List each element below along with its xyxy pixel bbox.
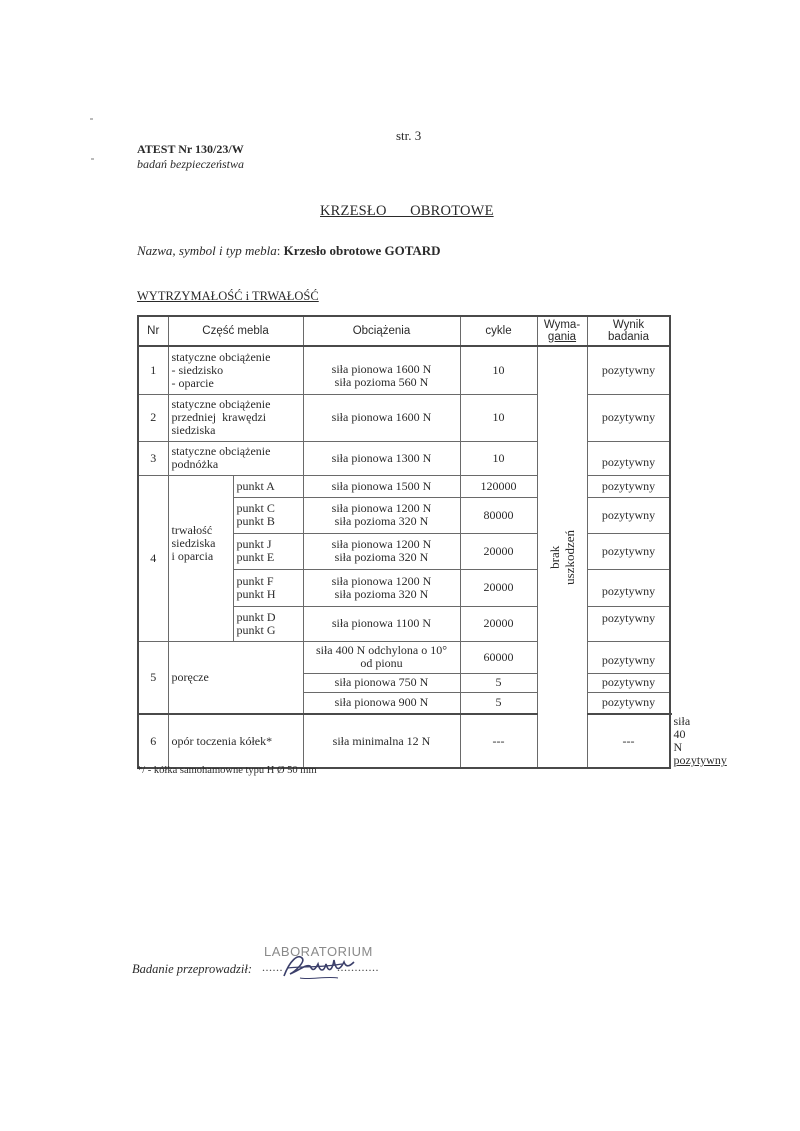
- cell-result: pozytywny: [587, 692, 670, 714]
- cell-point: punkt Dpunkt G: [233, 606, 303, 641]
- cell-part: statyczne obciążenie- siedzisko- oparcie: [168, 346, 303, 394]
- cell-nr: 1: [138, 346, 168, 394]
- table-row: 4 trwałośćsiedziskai oparcia punkt A sił…: [138, 475, 670, 497]
- cell-requirement: ---: [587, 714, 670, 768]
- cell-nr: 4: [138, 475, 168, 641]
- cell-cycles: 10: [460, 441, 537, 475]
- cell-cycles: 60000: [460, 641, 537, 673]
- certificate-number: ATEST Nr 130/23/W: [137, 142, 244, 157]
- table-header-row: Nr Część mebla Obciążenia cykle Wyma-gan…: [138, 316, 670, 346]
- cell-load: siła pionowa 1300 N: [303, 441, 460, 475]
- cell-load: siła pionowa 1600 Nsiła pozioma 560 N: [303, 346, 460, 394]
- cell-load: siła minimalna 12 N: [303, 714, 460, 768]
- cell-load: siła 400 N odchylona o 10°od pionu: [303, 641, 460, 673]
- furniture-name-label: Nazwa, symbol i typ mebla: [137, 243, 277, 258]
- cell-load: siła pionowa 1200 Nsiła pozioma 320 N: [303, 569, 460, 606]
- cell-requirement-merged: brakuszkodzeń: [537, 346, 587, 768]
- table-row: 1 statyczne obciążenie- siedzisko- oparc…: [138, 346, 670, 394]
- table-row: 5 poręcze siła 400 N odchylona o 10°od p…: [138, 641, 670, 673]
- header-cycles: cykle: [460, 316, 537, 346]
- cell-part: poręcze: [168, 641, 303, 714]
- cell-nr: 6: [138, 714, 168, 768]
- cell-point: punkt A: [233, 475, 303, 497]
- cell-load: siła pionowa 1500 N: [303, 475, 460, 497]
- table-row: 2 statyczne obciążenie przedniej krawędz…: [138, 394, 670, 441]
- page-number: str. 3: [396, 128, 421, 144]
- furniture-name-separator: :: [277, 243, 284, 258]
- header-load: Obciążenia: [303, 316, 460, 346]
- cell-load: siła pionowa 1200 Nsiła pozioma 320 N: [303, 497, 460, 533]
- certificate-subtitle: badań bezpieczeństwa: [137, 157, 244, 172]
- cell-nr: 3: [138, 441, 168, 475]
- document-title: KRZESŁO OBROTOWE: [320, 203, 494, 220]
- cell-cycles: 20000: [460, 606, 537, 641]
- cell-part: opór toczenia kółek*: [168, 714, 303, 768]
- header-nr: Nr: [138, 316, 168, 346]
- header-requirements: Wyma-gania: [537, 316, 587, 346]
- table-row: 6 opór toczenia kółek* siła minimalna 12…: [138, 714, 670, 768]
- cell-result: pozytywny: [587, 475, 670, 497]
- cell-load: siła pionowa 1600 N: [303, 394, 460, 441]
- furniture-name-line: Nazwa, symbol i typ mebla: Krzesło obrot…: [137, 243, 441, 259]
- cell-result: pozytywny: [587, 533, 670, 569]
- furniture-name-value: Krzesło obrotowe GOTARD: [284, 243, 441, 258]
- cell-cycles: 5: [460, 673, 537, 692]
- cell-result: pozytywny: [587, 497, 670, 533]
- scan-speck: [90, 118, 93, 120]
- cell-load: siła pionowa 900 N: [303, 692, 460, 714]
- cell-nr: 2: [138, 394, 168, 441]
- cell-cycles: 120000: [460, 475, 537, 497]
- cell-point: punkt Cpunkt B: [233, 497, 303, 533]
- cell-cycles: ---: [460, 714, 537, 768]
- cell-result: pozytywny: [587, 441, 670, 475]
- cell-point: punkt Fpunkt H: [233, 569, 303, 606]
- footnote: */ - kółka samohamowne typu H Ø 50 mm: [137, 765, 317, 776]
- cell-part: trwałośćsiedziskai oparcia: [168, 475, 233, 641]
- cell-nr: 5: [138, 641, 168, 714]
- section-title: WYTRZYMAŁOŚĆ i TRWAŁOŚĆ: [137, 289, 319, 304]
- cell-load: siła pionowa 1200 Nsiła pozioma 320 N: [303, 533, 460, 569]
- table-row: 3 statyczne obciążeniepodnóżka siła pion…: [138, 441, 670, 475]
- header-part: Część mebla: [168, 316, 303, 346]
- header-result: Wynikbadania: [587, 316, 670, 346]
- cell-cycles: 20000: [460, 533, 537, 569]
- scan-speck: [91, 158, 94, 160]
- cell-result: pozytywny: [587, 673, 670, 692]
- cell-result: pozytywny: [587, 641, 670, 673]
- cell-cycles: 80000: [460, 497, 537, 533]
- cell-load: siła pionowa 750 N: [303, 673, 460, 692]
- signature-label: Badanie przeprowadził:: [132, 962, 252, 977]
- results-table: Nr Część mebla Obciążenia cykle Wyma-gan…: [137, 315, 671, 769]
- cell-cycles: 5: [460, 692, 537, 714]
- handwritten-signature-icon: [280, 950, 360, 982]
- cell-part: statyczne obciążeniepodnóżka: [168, 441, 303, 475]
- cell-cycles: 20000: [460, 569, 537, 606]
- cell-cycles: 10: [460, 394, 537, 441]
- cell-load: siła pionowa 1100 N: [303, 606, 460, 641]
- cell-result: pozytywny: [587, 569, 670, 606]
- cell-part: statyczne obciążenie przedniej krawędzi …: [168, 394, 303, 441]
- cell-result: pozytywny: [587, 346, 670, 394]
- cell-result: pozytywny: [587, 606, 670, 641]
- cell-point: punkt Jpunkt E: [233, 533, 303, 569]
- cell-cycles: 10: [460, 346, 537, 394]
- cell-result: pozytywny: [587, 394, 670, 441]
